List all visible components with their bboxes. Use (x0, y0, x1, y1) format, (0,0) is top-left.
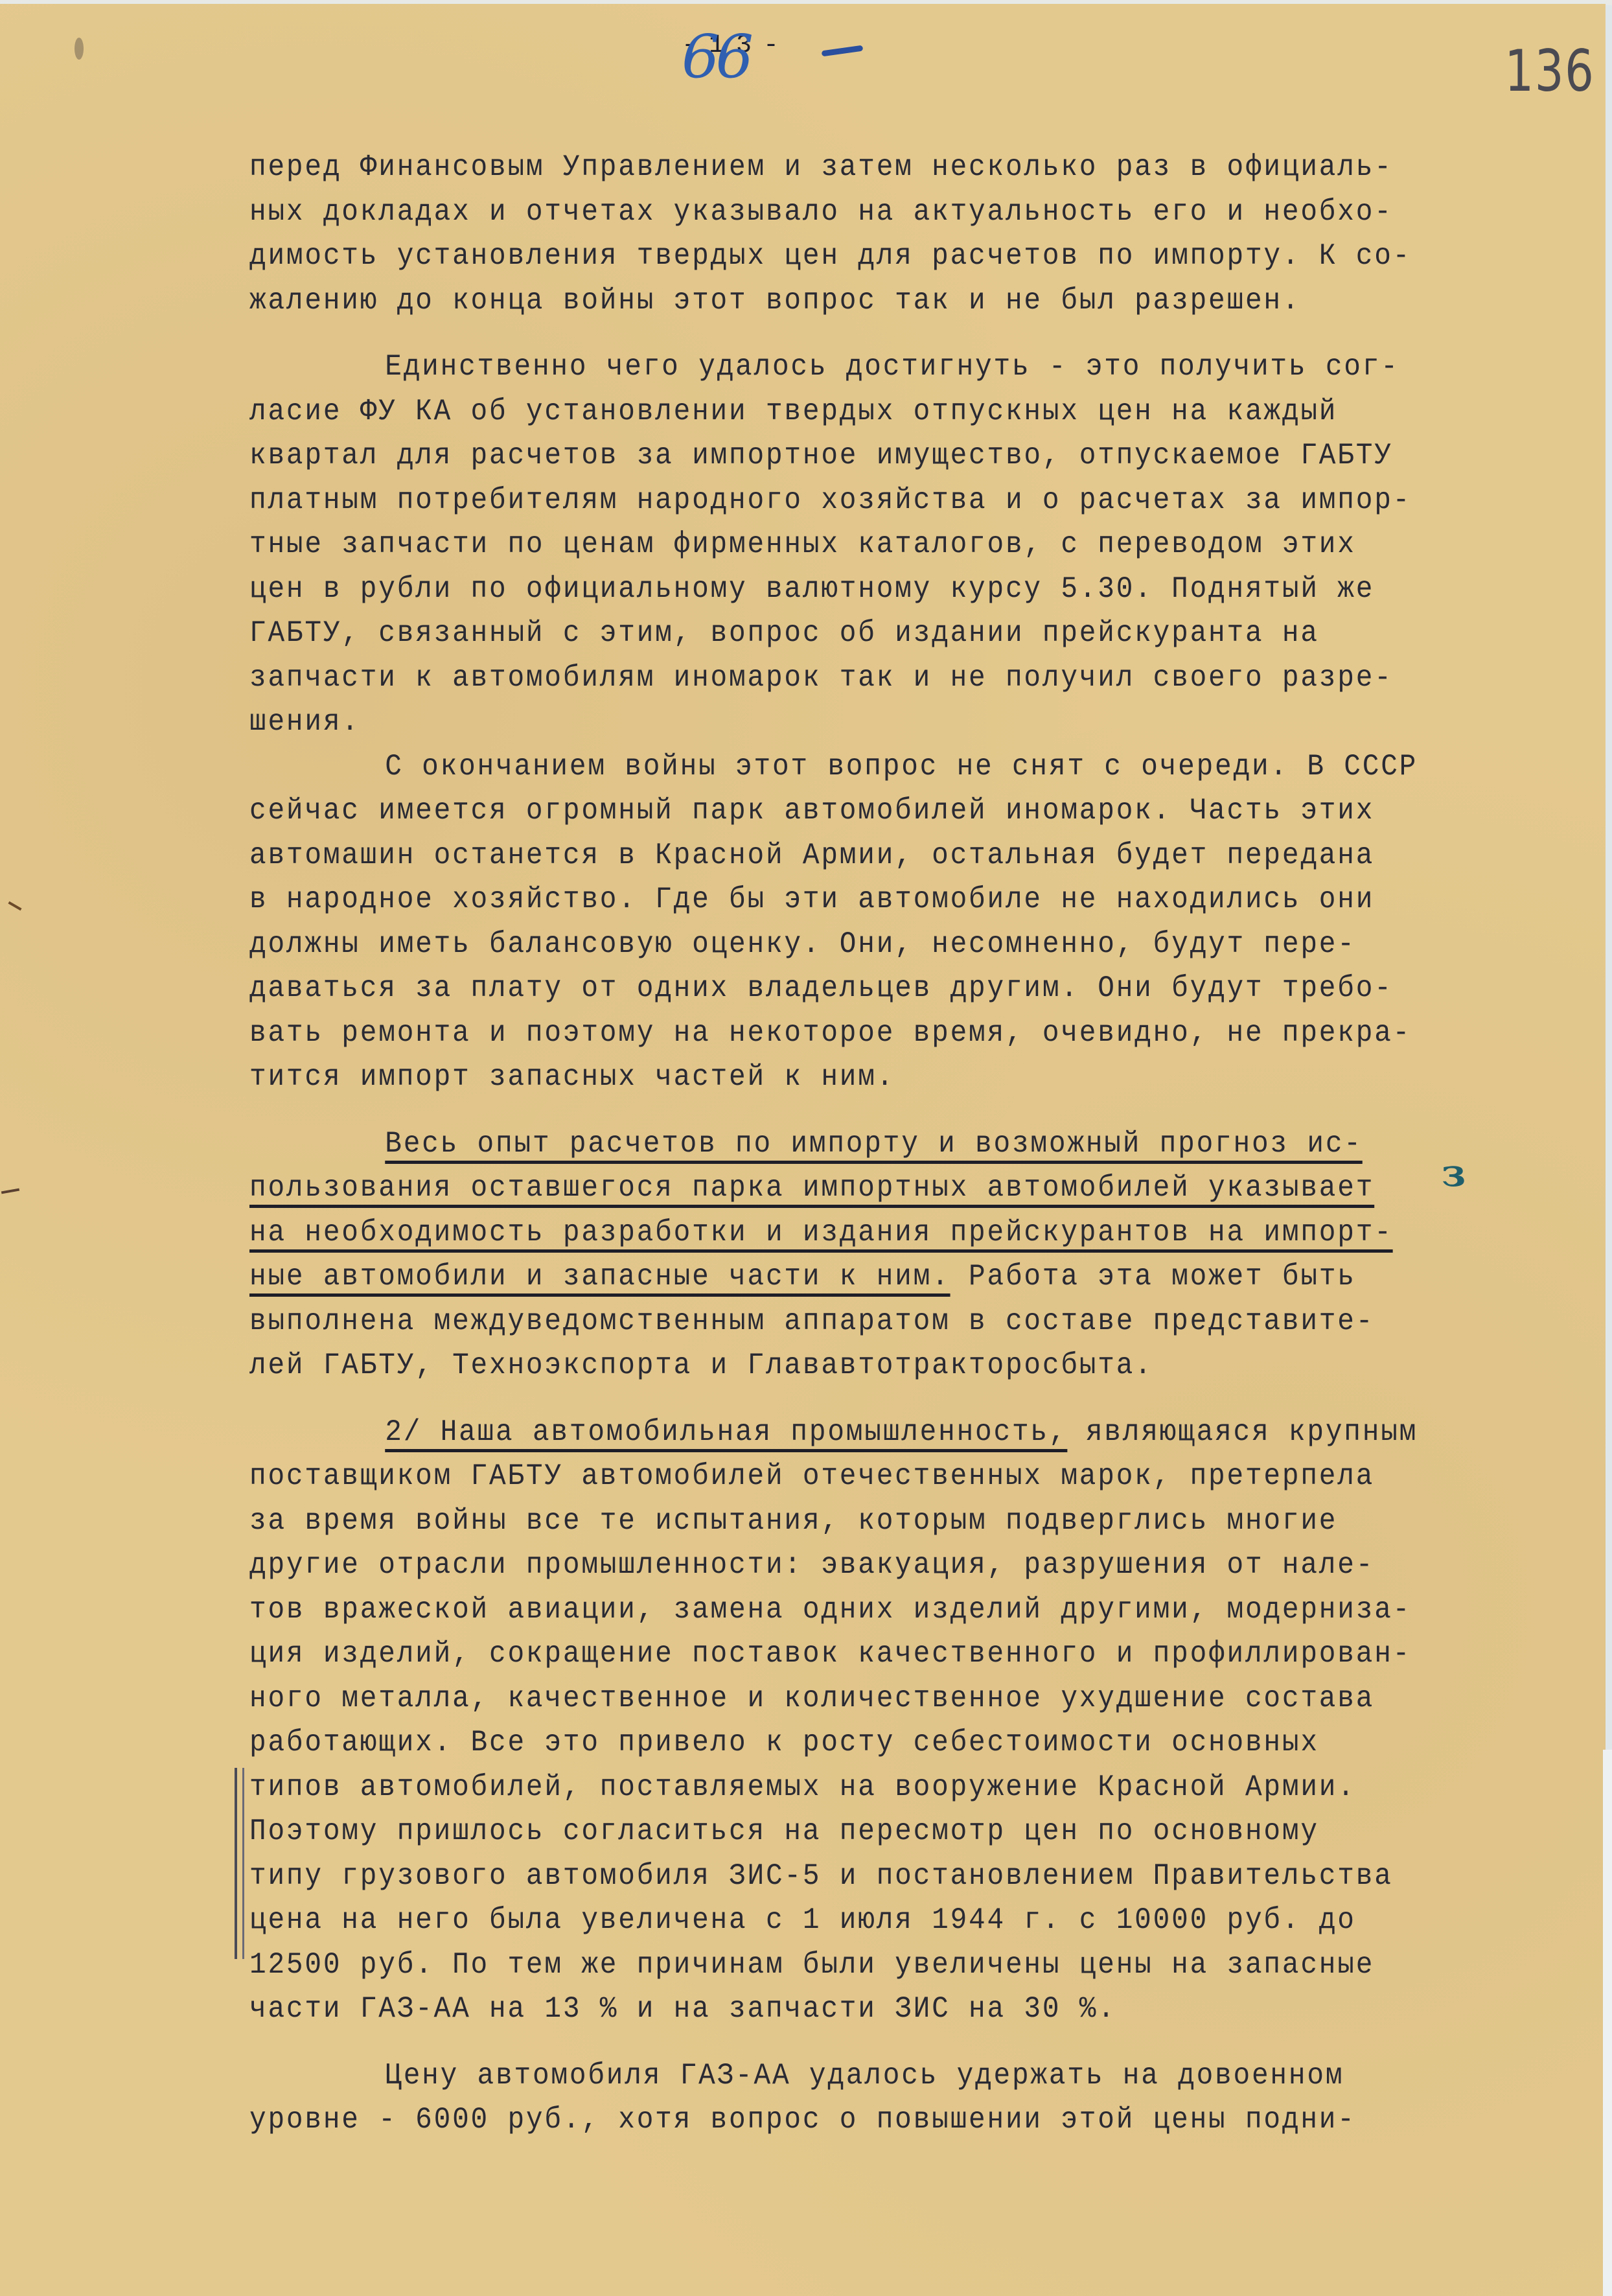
folio-number: 136 (1504, 38, 1595, 104)
margin-mark (8, 901, 21, 910)
text-line: тные запчасти по ценам фирменных каталог… (249, 522, 1509, 567)
paragraph-gap (249, 323, 1509, 345)
text-line: части ГАЗ-АА на 13 % и на запчасти ЗИС н… (249, 1987, 1509, 2032)
text-line: лей ГАБТУ, Техноэкспорта и Глававтотракт… (249, 1343, 1509, 1388)
text-line: квартал для расчетов за импортное имущес… (249, 434, 1509, 478)
text-line: запчасти к автомобилям иномарок так и не… (249, 656, 1509, 701)
text-line: вать ремонта и поэтому на некоторое врем… (249, 1011, 1509, 1056)
text-line: сейчас имеется огромный парк автомобилей… (249, 789, 1509, 833)
paragraph-gap (249, 1388, 1509, 1410)
text-line: 12500 руб. По тем же причинам были увели… (249, 1943, 1509, 1988)
text-line: ного металла, качественное и количествен… (249, 1676, 1509, 1721)
scan-background-edge (1603, 1750, 1612, 2296)
text-line: Единственно чего удалось достигнуть - эт… (249, 345, 1509, 389)
document-body: перед Финансовым Управлением и затем нес… (249, 145, 1604, 2142)
underlined-text: 2/ Наша автомобильная промышленность, (385, 1415, 1067, 1449)
text-line: 2/ Наша автомобильная промышленность, яв… (249, 1410, 1509, 1455)
margin-mark (1, 1189, 19, 1194)
text-line: за время войны все те испытания, которым… (249, 1499, 1509, 1544)
margin-sideline-mark (235, 1768, 244, 1959)
text-line: жалению до конца войны этот вопрос так и… (249, 279, 1509, 323)
text-line: даваться за плату от одних владельцев др… (249, 966, 1509, 1011)
underlined-text: Весь опыт расчетов по импорту и возможны… (385, 1127, 1363, 1161)
text-line: димость установления твердых цен для рас… (249, 234, 1509, 279)
underlined-text: ные автомобили и запасные части к ним. (249, 1260, 950, 1293)
text-line: ных докладах и отчетах указывало на акту… (249, 190, 1509, 235)
text-line: перед Финансовым Управлением и затем нес… (249, 145, 1509, 190)
text-line: должны иметь балансовую оценку. Они, нес… (249, 922, 1509, 967)
text-line: другие отрасли промышленности: эвакуация… (249, 1543, 1509, 1588)
text-line-underlined: Весь опыт расчетов по импорту и возможны… (249, 1122, 1509, 1166)
text-line: выполнена междуведомственным аппаратом в… (249, 1299, 1509, 1344)
text-line: работающих. Все это привело к росту себе… (249, 1721, 1509, 1765)
text-line: ция изделий, сокращение поставок качеств… (249, 1632, 1509, 1676)
paper-stain (75, 38, 84, 60)
text-line: тов вражеской авиации, замена одних изде… (249, 1588, 1509, 1632)
underlined-text: на необходимость разработки и издания пр… (249, 1216, 1393, 1249)
text-line: ные автомобили и запасные части к ним. Р… (249, 1255, 1509, 1299)
text-fragment: Работа эта может быть (950, 1260, 1356, 1293)
text-line: цена на него была увеличена с 1 июля 194… (249, 1898, 1509, 1943)
text-line: Цену автомобиля ГАЗ-АА удалось удержать … (249, 2054, 1509, 2098)
text-line-underlined: пользования оставшегося парка импортных … (249, 1166, 1509, 1211)
paragraph-gap (249, 2032, 1509, 2054)
text-line: шения. (249, 700, 1509, 745)
text-line: цен в рубли по официальному валютному ку… (249, 567, 1509, 612)
document-page: -13- 66 136 з перед Финансовым Управлени… (0, 4, 1606, 2296)
text-line: уровне - 6000 руб., хотя вопрос о повыше… (249, 2098, 1509, 2142)
text-line: платным потребителям народного хозяйства… (249, 478, 1509, 523)
paragraph-gap (249, 1100, 1509, 1122)
text-line: ласие ФУ КА об установлении твердых отпу… (249, 389, 1509, 434)
underlined-text: пользования оставшегося парка импортных … (249, 1171, 1374, 1205)
text-fragment: являющаяся крупным (1067, 1415, 1418, 1449)
handwritten-page-number: 66 (682, 22, 750, 91)
text-line: типов автомобилей, поставляемых на воору… (249, 1765, 1509, 1810)
text-line: поставщиком ГАБТУ автомобилей отечествен… (249, 1454, 1509, 1499)
text-line-underlined: на необходимость разработки и издания пр… (249, 1211, 1509, 1255)
text-line: ГАБТУ, связанный с этим, вопрос об издан… (249, 611, 1509, 656)
text-line: С окончанием войны этот вопрос не снят с… (249, 745, 1509, 789)
text-line: тится импорт запасных частей к ним. (249, 1055, 1509, 1100)
text-line: Поэтому пришлось согласиться на пересмот… (249, 1809, 1509, 1854)
text-line: типу грузового автомобиля ЗИС-5 и постан… (249, 1854, 1509, 1899)
text-line: автомашин останется в Красной Армии, ост… (249, 833, 1509, 878)
pen-dash (822, 45, 864, 57)
text-line: в народное хозяйство. Где бы эти автомоб… (249, 877, 1509, 922)
